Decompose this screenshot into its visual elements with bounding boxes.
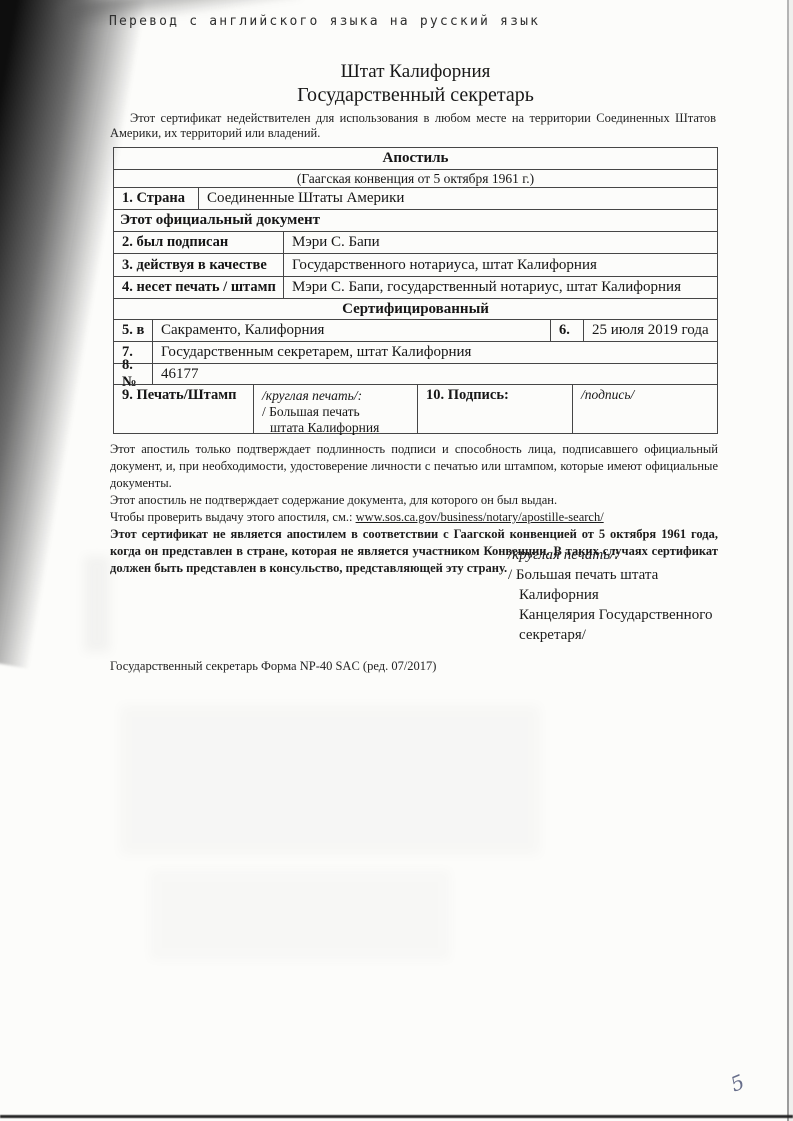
row2-value: Мэри С. Бапи — [284, 232, 717, 253]
seal-line-3: Калифорния — [508, 585, 712, 605]
table-row-place-date: 5. в Сакраменто, Калифорния 6. 25 июля 2… — [114, 319, 717, 341]
row2-label: 2. был подписан — [114, 232, 284, 253]
form-reference: Государственный секретарь Форма NP-40 SA… — [110, 659, 436, 674]
seal-note-line3: штата Калифорния — [262, 420, 411, 436]
seal-line-5: секретаря/ — [508, 625, 712, 645]
ink-bleed-smudge — [150, 870, 450, 960]
table-row-country: 1. Страна Соединенные Штаты Америки — [114, 187, 717, 209]
row1-value: Соединенные Штаты Америки — [199, 188, 717, 209]
verify-note-text: Чтобы проверить выдачу этого апостиля, с… — [110, 510, 356, 524]
paper-edge-line — [787, 0, 789, 1121]
table-row-bears-seal: 4. несет печать / штамп Мэри С. Бапи, го… — [114, 276, 717, 298]
row5-label: 5. в — [114, 320, 153, 341]
apostille-table: Апостиль (Гаагская конвенция от 5 октябр… — [113, 147, 718, 434]
document-heading: Штат Калифорния Государственный секретар… — [113, 60, 718, 107]
row9-value: /круглая печать/: / Большая печать штата… — [254, 385, 418, 433]
table-row-certifier: 7. Государственным секретарем, штат Кали… — [114, 341, 717, 363]
scanned-document-page: Перевод с английского языка на русский я… — [0, 0, 793, 1121]
seal-line-4: Канцелярия Государственного — [508, 605, 712, 625]
row6-label: 6. — [551, 320, 584, 341]
seal-transcription: /круглая печать/: / Большая печать штата… — [508, 545, 712, 645]
table-row-number: 8. № 46177 — [114, 363, 717, 384]
validity-disclaimer: Этот сертификат недействителен для испол… — [110, 111, 716, 140]
row3-label: 3. действуя в качестве — [114, 254, 284, 276]
table-row-seal-signature: 9. Печать/Штамп /круглая печать/: / Боль… — [114, 384, 717, 433]
row6-value: 25 июля 2019 года — [584, 320, 717, 341]
row7-value: Государственным секретарем, штат Калифор… — [153, 342, 717, 363]
row10-value: /подпись/ — [573, 385, 717, 433]
ink-bleed-smudge — [120, 705, 540, 855]
row1-label: 1. Страна — [114, 188, 199, 209]
table-subtitle: (Гаагская конвенция от 5 октября 1961 г.… — [114, 169, 717, 187]
verification-url: www.sos.ca.gov/business/notary/apostille… — [356, 510, 604, 524]
seal-note-line2: / Большая печать — [262, 404, 411, 420]
note-paragraph-3: Чтобы проверить выдачу этого апостиля, с… — [110, 509, 718, 526]
scan-bottom-edge — [0, 1115, 793, 1118]
table-section-certified: Сертифицированный — [114, 298, 717, 319]
note-paragraph-1: Этот апостиль только подтверждает подлин… — [110, 441, 718, 492]
row8-label: 8. № — [114, 364, 153, 384]
table-title: Апостиль — [114, 148, 717, 169]
row5-value: Сакраменто, Калифорния — [153, 320, 551, 341]
note-paragraph-2: Этот апостиль не подтверждает содержание… — [110, 492, 718, 509]
row4-label: 4. несет печать / штамп — [114, 277, 284, 298]
table-row-acting-as: 3. действуя в качестве Государственного … — [114, 253, 717, 276]
title-secretary: Государственный секретарь — [113, 83, 718, 107]
table-row-signed-by: 2. был подписан Мэри С. Бапи — [114, 231, 717, 253]
handwritten-page-number: 5 — [727, 1069, 748, 1096]
translation-note: Перевод с английского языка на русский я… — [109, 14, 540, 29]
title-state: Штат Калифорния — [113, 60, 718, 83]
row9-label: 9. Печать/Штамп — [114, 385, 254, 433]
scan-right-edge — [789, 0, 793, 1121]
row10-label: 10. Подпись: — [418, 385, 573, 433]
seal-line-1: /круглая печать/: — [508, 545, 712, 565]
seal-note-line1: /круглая печать/: — [262, 388, 411, 404]
table-section-official-document: Этот официальный документ — [114, 209, 717, 231]
ink-bleed-smudge — [84, 556, 110, 652]
seal-line-2: / Большая печать штата — [508, 565, 712, 585]
row3-value: Государственного нотариуса, штат Калифор… — [284, 254, 717, 276]
row4-value: Мэри С. Бапи, государственный нотариус, … — [284, 277, 717, 298]
row8-value: 46177 — [153, 364, 717, 384]
